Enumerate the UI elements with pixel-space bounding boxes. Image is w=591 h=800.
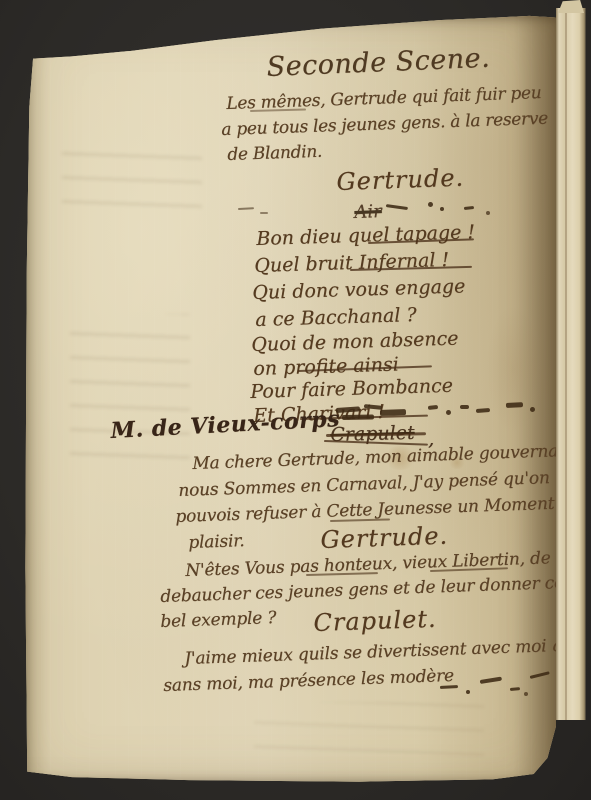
ink-dash — [506, 402, 523, 408]
verse-line: Quel bruit Infernal ! — [254, 249, 449, 277]
binding-corner-tab — [558, 0, 584, 13]
ink-dash — [386, 204, 408, 210]
speaker-heading-gertrude: Gertrude. — [320, 522, 449, 554]
ink-dot — [466, 690, 470, 694]
ink-dash — [464, 206, 474, 210]
bleedthrough-ghost — [254, 702, 484, 757]
collection-stamp: b. — [61, 27, 78, 45]
paper-stain — [486, 304, 541, 434]
speech-line-crapulet: J'aime mieux quils se divertissent avec … — [184, 635, 556, 669]
scribbled-word: Air — [354, 201, 382, 223]
ink-dash — [480, 677, 502, 684]
ink-dash — [260, 212, 268, 214]
ink-dash — [510, 687, 520, 691]
ink-dash — [238, 207, 254, 210]
verse-line: Bon dieu quel tapage ! — [256, 221, 475, 250]
photograph-background: b. Seconde Scene. Les mêmes, Gertrude qu… — [0, 0, 591, 800]
ink-dash — [476, 408, 490, 413]
scene-heading: Seconde Scene. — [266, 43, 491, 83]
ink-smear — [380, 409, 406, 416]
ink-dash — [530, 671, 550, 679]
ink-dot — [440, 207, 444, 211]
speech-line-gertrude: bel exemple ? — [160, 608, 277, 632]
speech-line-crapulet: sans moi, ma présence les modère — [163, 666, 454, 696]
ink-dot — [524, 692, 528, 696]
manuscript-page: b. Seconde Scene. Les mêmes, Gertrude qu… — [24, 14, 556, 784]
speaker-heading-crapulet: Crapulet. — [313, 605, 437, 637]
speaker-inline-vieux-corps: M. de Vieux-corps — [110, 406, 341, 444]
speaker-heading-gertrude: Gertrude. — [336, 164, 465, 196]
verse-line: a ce Bacchanal ? — [255, 304, 417, 331]
ink-dot — [486, 211, 490, 215]
ink-dash — [428, 405, 438, 410]
speech-line-vieux-corps: plaisir. — [188, 531, 245, 553]
verse-line: Qui donc vous engage — [252, 275, 466, 304]
stage-direction-line: de Blandin. — [227, 142, 322, 165]
stage-direction-line: a peu tous les jeunes gens. à la reserve — [221, 109, 548, 140]
verse-line: Quoi de mon absence — [251, 327, 459, 355]
ink-dot — [446, 410, 451, 415]
bleedthrough-ghost — [62, 142, 202, 212]
ink-smear — [342, 414, 374, 420]
ink-dot — [530, 407, 535, 412]
ink-dash — [460, 405, 469, 409]
ink-dot — [428, 202, 433, 207]
facing-page-edge — [556, 8, 586, 720]
ink-dash — [440, 685, 458, 689]
